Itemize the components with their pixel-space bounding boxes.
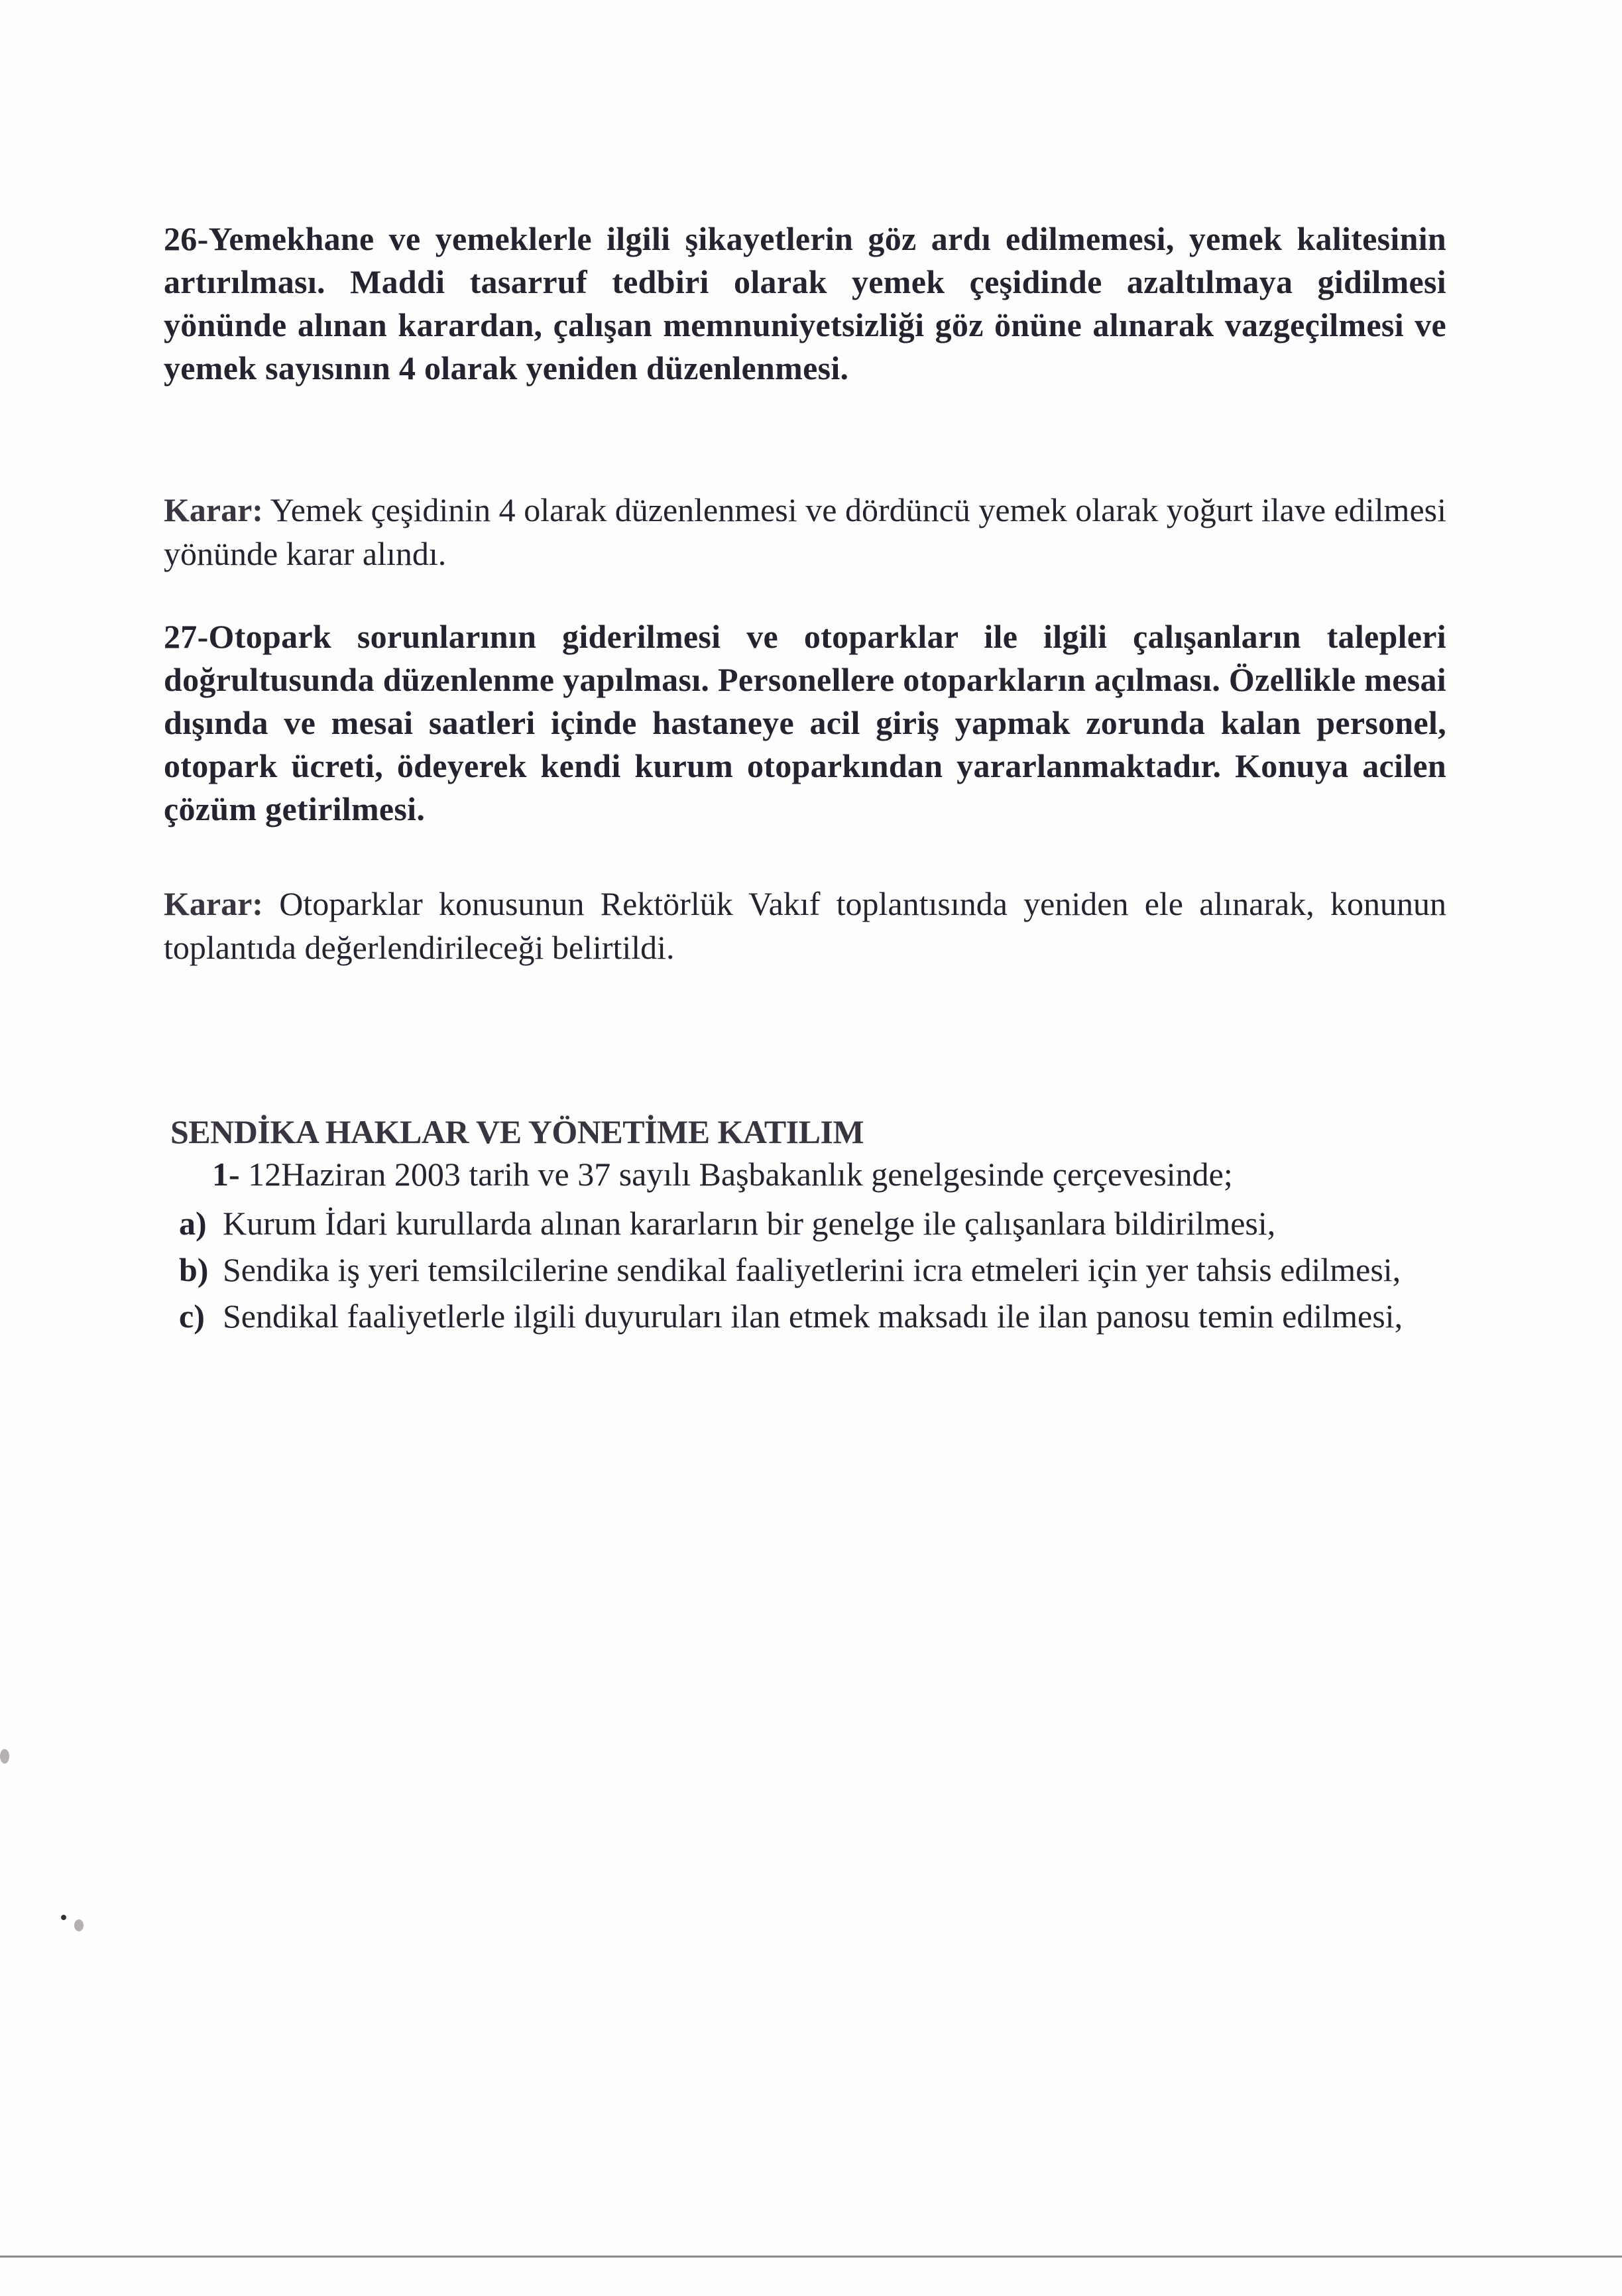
decision-label: Karar: (164, 885, 263, 922)
decision-text: Yemek çeşidinin 4 olarak düzenlenmesi ve… (164, 491, 1446, 572)
list-item-text: Sendikal faaliyetlerle ilgili duyuruları… (223, 1294, 1446, 1338)
scan-speck (61, 1915, 66, 1920)
item-27-decision: Karar: Otoparklar konusunun Rektörlük Va… (164, 882, 1446, 969)
item-26-decision: Karar: Yemek çeşidinin 4 olarak düzenlen… (164, 488, 1446, 575)
item-text: 12Haziran 2003 tarih ve 37 sayılı Başbak… (240, 1156, 1233, 1193)
scanned-page: 26-Yemekhane ve yemeklerle ilgili şikaye… (0, 0, 1622, 2296)
scan-speck (0, 1749, 9, 1764)
list-item: b) Sendika iş yeri temsilcilerine sendik… (179, 1248, 1446, 1292)
decision-text: Otoparklar konusunun Rektörlük Vakıf top… (164, 885, 1446, 966)
section-heading: SENDİKA HAKLAR VE YÖNETİME KATILIM (170, 1111, 864, 1152)
list-item-text: Sendika iş yeri temsilcilerine sendikal … (223, 1248, 1446, 1292)
list-item-text: Kurum İdari kurullarda alınan kararların… (223, 1201, 1446, 1245)
list-marker: a) (179, 1201, 223, 1245)
sub-item-list: a) Kurum İdari kurullarda alınan kararla… (179, 1201, 1446, 1341)
page-edge-line (0, 2256, 1622, 2258)
decision-label: Karar: (164, 491, 263, 528)
item-27-paragraph: 27-Otopark sorunlarının giderilmesi ve o… (164, 615, 1446, 831)
item-26-paragraph: 26-Yemekhane ve yemeklerle ilgili şikaye… (164, 217, 1446, 390)
list-item: c) Sendikal faaliyetlerle ilgili duyurul… (179, 1294, 1446, 1338)
list-marker: c) (179, 1294, 223, 1338)
list-marker: b) (179, 1248, 223, 1292)
list-item: a) Kurum İdari kurullarda alınan kararla… (179, 1201, 1446, 1245)
scan-speck (74, 1919, 84, 1931)
section-item-1: 1- 12Haziran 2003 tarih ve 37 sayılı Baş… (212, 1154, 1233, 1195)
item-number: 1- (212, 1156, 240, 1193)
